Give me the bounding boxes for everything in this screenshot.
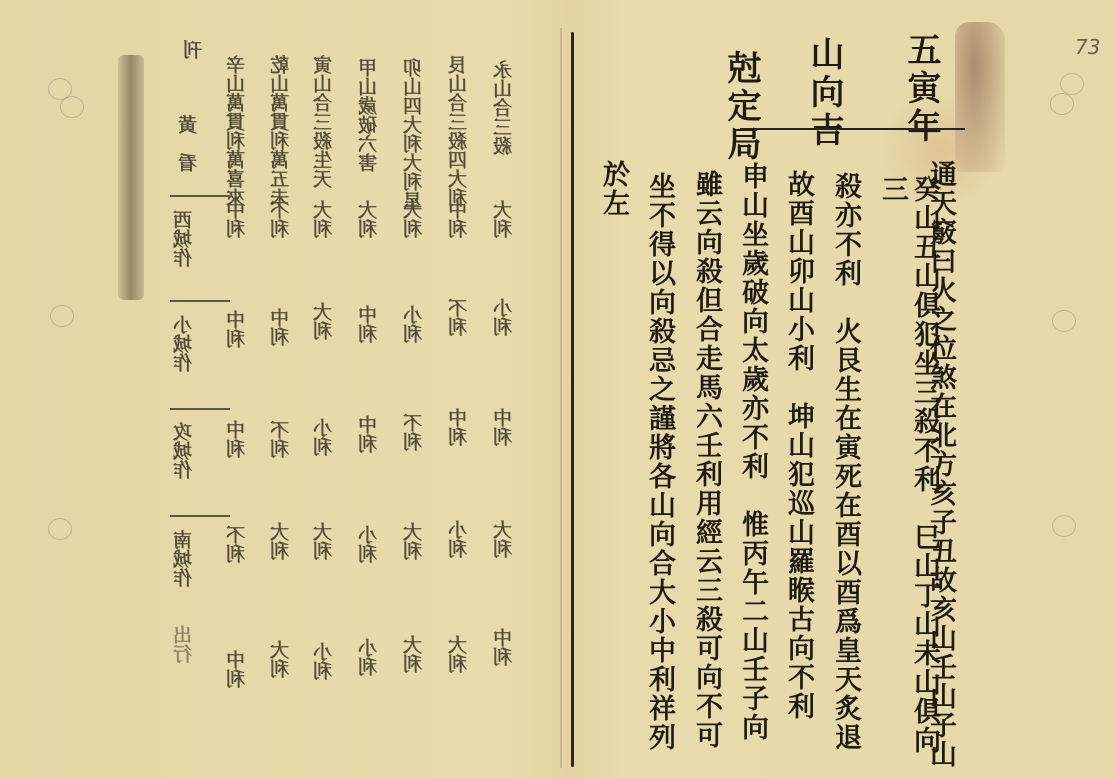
page-gutter-line bbox=[571, 32, 574, 767]
header-column: 黃 看 bbox=[178, 115, 200, 172]
table-cell: 中利 bbox=[358, 415, 380, 453]
table-cell: 大利 bbox=[313, 200, 335, 238]
row-divider bbox=[170, 195, 230, 197]
page-number: 73 bbox=[1075, 35, 1100, 59]
row-label: 攻城作 bbox=[173, 422, 195, 479]
body-column-7: 坐不得以向殺忌之謹將各山向合大小中利祥列 bbox=[643, 172, 675, 752]
table-cell: 大利 bbox=[358, 200, 380, 238]
header-column: 艮山合三殺四大利 bbox=[448, 55, 470, 207]
table-cell: 中利 bbox=[226, 650, 248, 688]
table-cell: 小利 bbox=[403, 305, 425, 343]
table-cell: 大利 bbox=[493, 200, 515, 238]
binding-hole bbox=[48, 518, 72, 540]
table-cell: 小利 bbox=[493, 298, 515, 336]
body-column-2: 癸山丑山俱犯坐三殺不利 巳山丁山未山俱向三 bbox=[876, 175, 940, 778]
row-divider bbox=[170, 300, 230, 302]
table-cell: 不利 bbox=[270, 200, 292, 238]
table-cell: 中利 bbox=[493, 628, 515, 666]
table-cell: 不利 bbox=[270, 420, 292, 458]
table-cell: 中利 bbox=[493, 408, 515, 446]
left-page-bleed-through: 永山合三殺 艮山合三殺四大利 卯山四大利大利星 甲山歲破六害 寅山合三殺生天 乾… bbox=[120, 30, 560, 770]
header-column: 辛山萬貫利萬喜來 bbox=[226, 55, 248, 207]
binding-hole bbox=[1052, 515, 1076, 537]
table-cell: 大利 bbox=[448, 635, 470, 673]
header-column: 永山合三殺 bbox=[493, 60, 515, 155]
table-cell: 中利 bbox=[448, 408, 470, 446]
table-cell: 中利 bbox=[226, 200, 248, 238]
table-cell: 小利 bbox=[358, 638, 380, 676]
table-cell: 小利 bbox=[448, 520, 470, 558]
table-cell: 大利 bbox=[403, 635, 425, 673]
table-cell: 小利 bbox=[358, 525, 380, 563]
table-cell: 中利 bbox=[226, 420, 248, 458]
table-cell: 大利 bbox=[270, 522, 292, 560]
table-cell: 中利 bbox=[226, 310, 248, 348]
row-divider bbox=[170, 515, 230, 517]
body-column-5: 申山坐歲破向太歲亦不利 惟丙午二山壬子向 bbox=[736, 162, 768, 742]
table-cell: 不利 bbox=[226, 525, 248, 563]
table-cell: 大利 bbox=[270, 640, 292, 678]
binding-hole bbox=[1050, 93, 1074, 115]
table-cell: 大利 bbox=[403, 200, 425, 238]
body-column-6: 雖云向殺但合走馬六壬利用經云三殺可向不可 bbox=[690, 170, 722, 750]
table-cell: 小利 bbox=[313, 642, 335, 680]
binding-hole bbox=[1052, 310, 1076, 332]
table-cell: 大利 bbox=[313, 522, 335, 560]
table-cell: 大利 bbox=[493, 520, 515, 558]
binding-hole bbox=[60, 96, 84, 118]
header-column: 甲山歲破六害 bbox=[358, 58, 380, 172]
brown-stain bbox=[955, 22, 1005, 172]
body-column-3: 殺亦不利 火艮生在寅死在酉以酉爲皇天炙退 bbox=[829, 172, 861, 752]
binding-hole bbox=[1060, 73, 1084, 95]
title-column-3: 尅定局 bbox=[725, 50, 757, 164]
table-cell: 不利 bbox=[448, 298, 470, 336]
binding-hole bbox=[50, 305, 74, 327]
header-column: 乾山萬貫利萬五未 bbox=[270, 55, 292, 207]
body-column-8: 於左 bbox=[597, 160, 629, 218]
body-column-4: 故酉山卯山小利 坤山犯巡山羅睺古向不利 bbox=[782, 170, 814, 721]
table-cell: 大利 bbox=[313, 302, 335, 340]
row-label: 南城作 bbox=[173, 530, 195, 587]
row-label: 西城作 bbox=[173, 210, 195, 267]
header-column: 寅山合三殺生天 bbox=[313, 55, 335, 188]
table-cell: 中利 bbox=[270, 308, 292, 346]
table-cell: 小利 bbox=[313, 418, 335, 456]
header-column: 刊 bbox=[183, 40, 205, 59]
row-divider bbox=[170, 408, 230, 410]
row-label: 小城作 bbox=[173, 315, 195, 372]
gutter-shadow bbox=[560, 28, 562, 768]
title-rule bbox=[740, 128, 965, 130]
table-cell: 中利 bbox=[358, 305, 380, 343]
table-cell: 不利 bbox=[403, 413, 425, 451]
header-column: 卯山四大利大利星 bbox=[403, 58, 425, 210]
table-cell: 中利 bbox=[448, 200, 470, 238]
title-column-2: 山向吉 bbox=[808, 36, 840, 150]
table-cell: 大利 bbox=[403, 522, 425, 560]
row-label: 出行 bbox=[173, 625, 195, 663]
